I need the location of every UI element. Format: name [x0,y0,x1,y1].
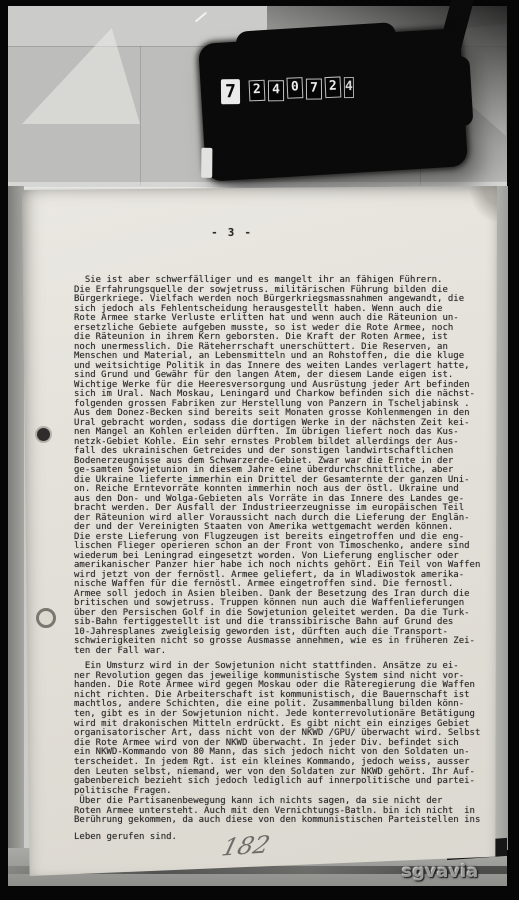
frame-counter-stamp: 7 2 4 0 7 2 4 [198,28,468,182]
counter-digit: 2 [324,76,341,98]
counter-digit: 4 [344,77,354,98]
page-number: - 3 - [172,227,292,239]
handwritten-folio-number: 182 [219,830,273,861]
counter-digit: 0 [286,77,303,99]
paragraph-no-revolution: Ein Umsturz wird in der Sowjetunion nich… [74,662,480,796]
counter-notch [201,148,212,178]
hole-punch-top [37,428,50,441]
paragraph-military-situation: Sie ist aber schwerfälliger und es mange… [74,276,480,656]
counter-prefix-digit: 7 [221,79,240,104]
counter-digit: 4 [268,80,284,101]
crease-line [140,46,141,186]
counter-digit: 2 [249,80,266,102]
page-corner-fold [465,186,497,228]
paragraph-last-line: Leben gerufen sind. [74,833,177,843]
document-page: - 3 - Sie ist aber schwerfälliger und es… [22,186,497,876]
counter-digit-window: 7 2 4 0 7 2 4 [220,74,354,105]
watermark: sgvavia [402,862,479,882]
paragraph-partisans: Über die Partisanenbewegung kann ich nic… [74,797,480,826]
counter-digit: 7 [306,79,322,100]
hole-punch-bottom [36,608,56,628]
scratch-mark [195,12,207,23]
backing-left-edge [8,186,24,850]
scanned-photo-frame: 7 2 4 0 7 2 4 - 3 - Sie ist aber schwerf… [0,0,519,900]
counter-digits: 2 4 0 7 2 4 [249,76,355,102]
